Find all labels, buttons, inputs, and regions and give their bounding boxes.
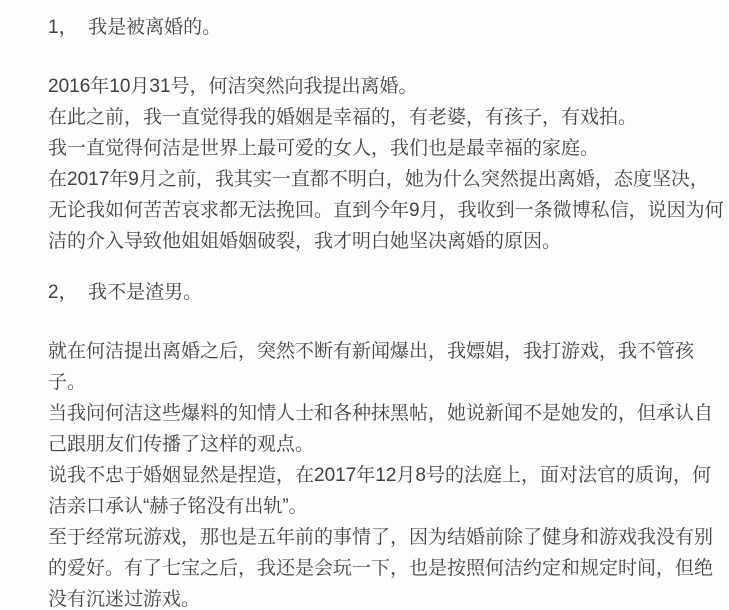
section-2: 2， 我不是渣男。 就在何洁提出离婚之后，突然不断有新闻爆出，我嫖娼，我打游戏，… — [48, 277, 701, 610]
text-line: 没有沉迷过游戏。 — [48, 584, 701, 610]
text-line: 就在何洁提出离婚之后，突然不断有新闻爆出，我嫖娼，我打游戏，我不管孩 — [48, 336, 701, 367]
article-page: 1， 我是被离婚的。 2016年10月31号，何洁突然向我提出离婚。 在此之前，… — [0, 0, 729, 610]
section-1-paragraph: 2016年10月31号，何洁突然向我提出离婚。 在此之前，我一直觉得我的婚姻是幸… — [48, 71, 701, 257]
text-line: 无论我如何苦苦哀求都无法挽回。直到今年9月，我收到一条微博私信，说因为何 — [48, 195, 701, 226]
text-line: 我一直觉得何洁是世界上最可爱的女人，我们也是最幸福的家庭。 — [48, 133, 701, 164]
text-line: 说我不忠于婚姻显然是捏造，在2017年12月8号的法庭上，面对法官的质询，何 — [48, 460, 701, 491]
text-line: 在此之前，我一直觉得我的婚姻是幸福的，有老婆，有孩子，有戏拍。 — [48, 102, 701, 133]
text-line: 当我问何洁这些爆料的知情人士和各种抹黑帖，她说新闻不是她发的，但承认自 — [48, 398, 701, 429]
text-line: 洁的介入导致他姐姐婚姻破裂，我才明白她坚决离婚的原因。 — [48, 226, 701, 257]
section-1-heading: 1， 我是被离婚的。 — [48, 12, 701, 43]
text-line: 2016年10月31号，何洁突然向我提出离婚。 — [48, 71, 701, 102]
text-line: 子。 — [48, 367, 701, 398]
text-line: 在2017年9月之前，我其实一直都不明白，她为什么突然提出离婚，态度坚决， — [48, 164, 701, 195]
section-2-paragraph: 就在何洁提出离婚之后，突然不断有新闻爆出，我嫖娼，我打游戏，我不管孩 子。 当我… — [48, 336, 701, 610]
text-line: 己跟朋友们传播了这样的观点。 — [48, 429, 701, 460]
section-1: 1， 我是被离婚的。 2016年10月31号，何洁突然向我提出离婚。 在此之前，… — [48, 12, 701, 257]
text-line: 至于经常玩游戏，那也是五年前的事情了，因为结婚前除了健身和游戏我没有别 — [48, 522, 701, 553]
section-2-heading: 2， 我不是渣男。 — [48, 277, 701, 308]
text-line: 洁亲口承认“赫子铭没有出轨”。 — [48, 491, 701, 522]
text-line: 的爱好。有了七宝之后，我还是会玩一下，也是按照何洁约定和规定时间，但绝 — [48, 553, 701, 584]
